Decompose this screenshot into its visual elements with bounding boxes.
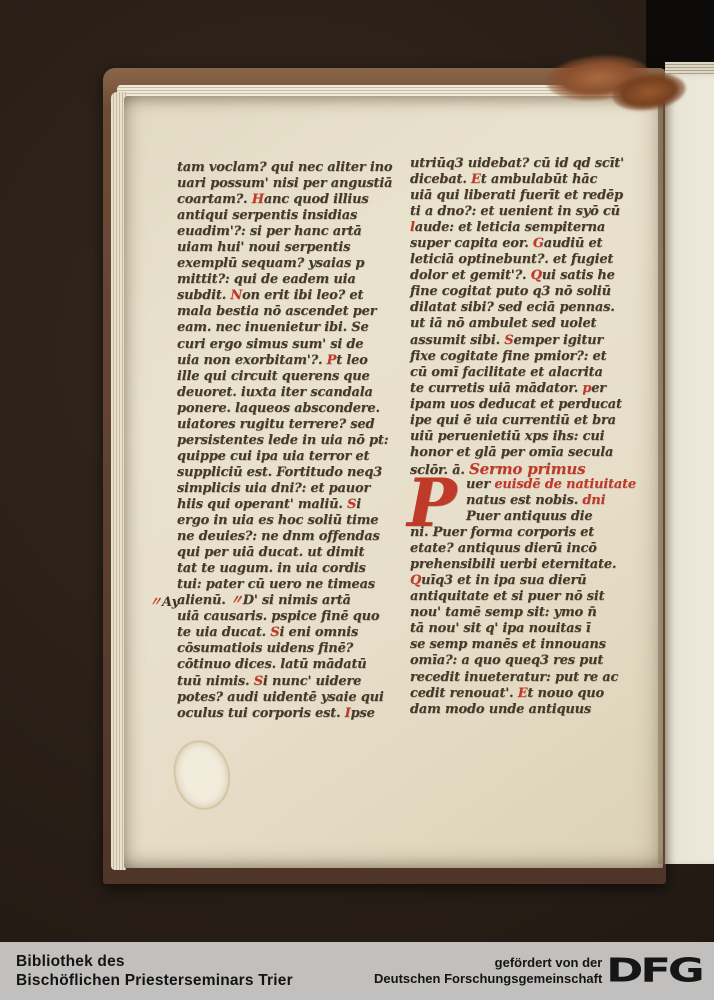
text-line: curi ergo simus sum' si de (177, 337, 401, 353)
body-text: te curretis uiā mādator. (410, 381, 582, 396)
text-line: tui: pater cū uero ne timeas (177, 577, 401, 593)
text-line: antiquitate et si puer nō sit (410, 589, 648, 605)
text-line: ipam uos deducat et perducat (410, 397, 648, 413)
body-text: ipe qui ē uia currentiū et bra (410, 413, 616, 428)
body-text: persistentes lede in uia nō pt: (177, 433, 388, 448)
body-text: oculus tui corporis est. (177, 706, 345, 721)
text-line: ne deuies?: ne dnm offendas (177, 529, 401, 545)
text-line: uiā qui liberati fuerīt et redēp (410, 188, 648, 204)
body-text: tam voclam? qui nec aliter ino (177, 160, 392, 175)
library-attribution: Bibliothek des Bischöflichen Priestersem… (16, 952, 293, 990)
text-line: utriūq3 uidebat? cū id qd scīt' (410, 156, 648, 172)
body-text: fine cogitat puto q3 nō soliū (410, 284, 611, 299)
body-text: antiquitate et si puer nō sit (410, 589, 604, 604)
text-line: potes? audi uidentē ysaie qui (177, 690, 401, 706)
rubric-text: G (533, 236, 544, 251)
body-text: uiū peruenietiū xps ihs: cui (410, 429, 604, 444)
text-line: dilatat sibi? sed eciā pennas. (410, 300, 648, 316)
text-line: cū omī facilitate et alacrita (410, 365, 648, 381)
body-text: t leo (336, 353, 367, 368)
rubric-text: N (230, 288, 242, 303)
body-text: tuū nimis. (177, 674, 254, 689)
text-line: prehensibili uerbi eternitate. (410, 557, 648, 573)
manuscript-col-right: utriūq3 uidebat? cū id qd scīt'dicebat. … (410, 156, 648, 718)
rubric-text: dni (582, 493, 605, 508)
body-text: dolor et gemit'?. (410, 268, 531, 283)
margin-annotation: 〃Ay (149, 591, 179, 610)
rubric-slash-mark: 〃 (149, 595, 162, 610)
funding-line2: Deutschen Forschungsgemeinschaft (374, 971, 602, 987)
body-text: recedit inueteratur: put re ac (410, 670, 618, 685)
body-text: prehensibili uerbi eternitate. (410, 557, 616, 572)
body-text: assumit sibi. (410, 333, 504, 348)
body-text: coartam?. (177, 192, 252, 207)
text-line: suppliciū est. Fortitudo neq3 (177, 465, 401, 481)
text-line: hiis qui operant' maliū. Si (177, 497, 401, 513)
text-line: fine cogitat puto q3 nō soliū (410, 284, 648, 300)
body-text: ne deuies?: ne dnm offendas (177, 529, 380, 544)
body-text: pse (351, 706, 375, 721)
text-line: assumit sibi. Semper igitur (410, 333, 648, 349)
body-text: euadim'?: si per hanc artā (177, 224, 362, 239)
text-line: uari possum' nisi per angustiā (177, 176, 401, 192)
rubric-text: Q (410, 573, 421, 588)
text-line: uiatores rugitu terrere? sed (177, 417, 401, 433)
text-line: nou' tamē semp sit: ymo n̄ (410, 605, 648, 621)
body-text: dicebat. (410, 172, 471, 187)
body-text: te uia ducat. (177, 625, 270, 640)
text-line: omīa?: a quo queq3 res put (410, 653, 648, 669)
text-line: cōsumatiois uidens finē? (177, 641, 401, 657)
funding-attribution: gefördert von der Deutschen Forschungsge… (374, 955, 602, 987)
text-line: te uia ducat. Si eni omnis (177, 625, 401, 641)
body-text: hiis qui operant' maliū. (177, 497, 347, 512)
body-text: eam. nec inuenietur ibi. Se (177, 320, 369, 335)
text-line: quippe cui ipa uia terror et (177, 449, 401, 465)
text-line: euadim'?: si per hanc artā (177, 224, 401, 240)
text-line: subdit. Non erit ibi leo? et (177, 288, 401, 304)
body-text: ipam uos deducat et perducat (410, 397, 622, 412)
body-text: i eni omnis (279, 625, 358, 640)
body-text: quippe cui ipa uia terror et (177, 449, 369, 464)
text-line: tam voclam? qui nec aliter ino (177, 160, 401, 176)
body-text: nou' tamē semp sit: ymo n̄ (410, 605, 597, 620)
body-text: uīq3 et in ipa sua dierū (421, 573, 586, 588)
illuminated-initial: P (407, 472, 457, 534)
rubric-text: p (582, 381, 591, 396)
rubric-text: S (254, 674, 263, 689)
text-line: oculus tui corporis est. Ipse (177, 706, 401, 722)
margin-glyph: Ay (162, 595, 179, 610)
body-text: uiatores rugitu terrere? sed (177, 417, 374, 432)
body-text: simplicis uia dni?: et pauor (177, 481, 370, 496)
body-text: tā nou' sit q' ipa nouitas ī (410, 621, 591, 636)
text-line: dam modo unde antiquus (410, 702, 648, 718)
text-line: leticiā optinebunt?. et fugiet (410, 252, 648, 268)
body-text: cōsumatiois uidens finē? (177, 641, 353, 656)
text-line: mala bestia nō ascendet per (177, 304, 401, 320)
body-text: uiā causaris. pspice finē quo (177, 609, 379, 624)
body-text: ti a dno?: et uenient in syō cū (410, 204, 620, 219)
body-text: mala bestia nō ascendet per (177, 304, 376, 319)
body-text: uari possum' nisi per angustiā (177, 176, 392, 191)
library-line2: Bischöflichen Priesterseminars Trier (16, 971, 293, 990)
body-text: t nouo quo (527, 686, 604, 701)
body-text: uia non exorbitam'?. (177, 353, 327, 368)
text-line: tuū nimis. Si nunc' uidere (177, 674, 401, 690)
text-line: dicebat. Et ambulabūt hāc (410, 172, 648, 188)
text-line: cedit renouat'. Et nouo quo (410, 686, 648, 702)
body-text: qui per uiā ducat. ut dimit (177, 545, 364, 560)
body-text: honor et glā per omīa secula (410, 445, 613, 460)
rubric-text: P (327, 353, 337, 368)
text-line: ergo in uia es hoc soliū time (177, 513, 401, 529)
rubric-text: H (252, 192, 264, 207)
text-line: ut iā nō ambulet sed uolet (410, 316, 648, 332)
book-gutter (658, 78, 665, 864)
text-line: alienū. 〃D' si nimis artā (177, 593, 401, 609)
text-line: se semp manēs et innouans (410, 637, 648, 653)
text-line: honor et glā per omīa secula (410, 445, 648, 461)
body-text: tui: pater cū uero ne timeas (177, 577, 375, 592)
body-text: se semp manēs et innouans (410, 637, 606, 652)
text-line: mittit?: qui de eadem uia (177, 272, 401, 288)
rubric-text: 〃 (230, 593, 243, 608)
scan-viewport: tam voclam? qui nec aliter inouari possu… (0, 0, 714, 1000)
rubric-text: Sermo primus (469, 460, 585, 478)
text-line: super capita eor. Gaudiū et (410, 236, 648, 252)
body-text: i nunc' uidere (263, 674, 361, 689)
footer-band: Bibliothek des Bischöflichen Priestersem… (0, 942, 714, 1000)
rubric-text: E (471, 172, 481, 187)
body-text: curi ergo simus sum' si de (177, 337, 363, 352)
rubric-text: E (518, 686, 528, 701)
text-line: simplicis uia dni?: et pauor (177, 481, 401, 497)
body-text: ponere. laqueos abscondere. (177, 401, 380, 416)
text-line: etate? antiquus dierū incō (410, 541, 648, 557)
body-text: audiū et (544, 236, 603, 251)
body-text: anc quod illius (264, 192, 369, 207)
manuscript-col-left: tam voclam? qui nec aliter inouari possu… (177, 160, 401, 722)
body-text: cōtinuo dices. latū mādatū (177, 657, 367, 672)
body-text: mittit?: qui de eadem uia (177, 272, 356, 287)
text-line: eam. nec inuenietur ibi. Se (177, 320, 401, 336)
body-text: tat te uagum. in uia cordis (177, 561, 366, 576)
body-text: ut iā nō ambulet sed uolet (410, 316, 596, 331)
body-text: omīa?: a quo queq3 res put (410, 653, 603, 668)
text-line: qui per uiā ducat. ut dimit (177, 545, 401, 561)
body-text: aude: et leticia sempiterna (415, 220, 605, 235)
body-text: t ambulabūt hāc (481, 172, 597, 187)
body-text: cedit renouat'. (410, 686, 518, 701)
facing-page-sliver (665, 74, 714, 864)
body-text: dam modo unde antiquus (410, 702, 591, 717)
rubric-text: S (347, 497, 356, 512)
text-line: exemplū sequam? ysaias p (177, 256, 401, 272)
body-text: uiā qui liberati fuerīt et redēp (410, 188, 623, 203)
text-line: persistentes lede in uia nō pt: (177, 433, 401, 449)
rubric-text: euisdē de natiuitate (494, 477, 636, 492)
text-line: uiam hui' noui serpentis (177, 240, 401, 256)
body-text: suppliciū est. Fortitudo neq3 (177, 465, 382, 480)
dfg-logo: DFG (606, 955, 702, 988)
body-text: fixe cogitate fine pmior?: et (410, 349, 606, 364)
funding-block: gefördert von der Deutschen Forschungsge… (374, 949, 702, 993)
body-text: natus est nobis. (466, 493, 582, 508)
body-text: er (591, 381, 606, 396)
text-line: laude: et leticia sempiterna (410, 220, 648, 236)
text-line: te curretis uiā mādator. per (410, 381, 648, 397)
text-line: tat te uagum. in uia cordis (177, 561, 401, 577)
text-line: dolor et gemit'?. Qui satis he (410, 268, 648, 284)
text-line: ille qui circuit querens que (177, 369, 401, 385)
body-text: i (356, 497, 361, 512)
text-line: Quīq3 et in ipa sua dierū (410, 573, 648, 589)
body-text: dilatat sibi? sed eciā pennas. (410, 300, 615, 315)
body-text: on erit ibi leo? et (242, 288, 363, 303)
text-line: antiqui serpentis insidias (177, 208, 401, 224)
text-line: ponere. laqueos abscondere. (177, 401, 401, 417)
body-text: leticiā optinebunt?. et fugiet (410, 252, 613, 267)
body-text: subdit. (177, 288, 230, 303)
text-line: uia non exorbitam'?. Pt leo (177, 353, 401, 369)
text-line: ti a dno?: et uenient in syō cū (410, 204, 648, 220)
body-text: exemplū sequam? ysaias p (177, 256, 364, 271)
body-text: D' si nimis artā (243, 593, 351, 608)
body-text: utriūq3 uidebat? cū id qd scīt' (410, 156, 624, 171)
rubric-text: Q (531, 268, 542, 283)
body-text: alienū. (177, 593, 230, 608)
body-text: ille qui circuit querens que (177, 369, 370, 384)
text-line: uiā causaris. pspice finē quo (177, 609, 401, 625)
text-line: deuoret. iuxta iter scandala (177, 385, 401, 401)
text-line: uiū peruenietiū xps ihs: cui (410, 429, 648, 445)
library-line1: Bibliothek des (16, 952, 293, 971)
text-line: tā nou' sit q' ipa nouitas ī (410, 621, 648, 637)
funding-line1: gefördert von der (374, 955, 602, 971)
body-text: ui satis he (542, 268, 615, 283)
text-line: recedit inueteratur: put re ac (410, 670, 648, 686)
body-text: antiqui serpentis insidias (177, 208, 357, 223)
text-line: cōtinuo dices. latū mādatū (177, 657, 401, 673)
body-text: ergo in uia es hoc soliū time (177, 513, 378, 528)
text-line: ipe qui ē uia currentiū et bra (410, 413, 648, 429)
body-text: deuoret. iuxta iter scandala (177, 385, 373, 400)
body-text: Puer antiquus die (466, 509, 592, 524)
body-text: super capita eor. (410, 236, 533, 251)
body-text: etate? antiquus dierū incō (410, 541, 597, 556)
body-text: potes? audi uidentē ysaie qui (177, 690, 384, 705)
body-text: emper igitur (513, 333, 603, 348)
body-text: uiam hui' noui serpentis (177, 240, 350, 255)
body-text: cū omī facilitate et alacrita (410, 365, 603, 380)
text-line: fixe cogitate fine pmior?: et (410, 349, 648, 365)
body-text: uer (466, 477, 494, 492)
text-line: coartam?. Hanc quod illius (177, 192, 401, 208)
